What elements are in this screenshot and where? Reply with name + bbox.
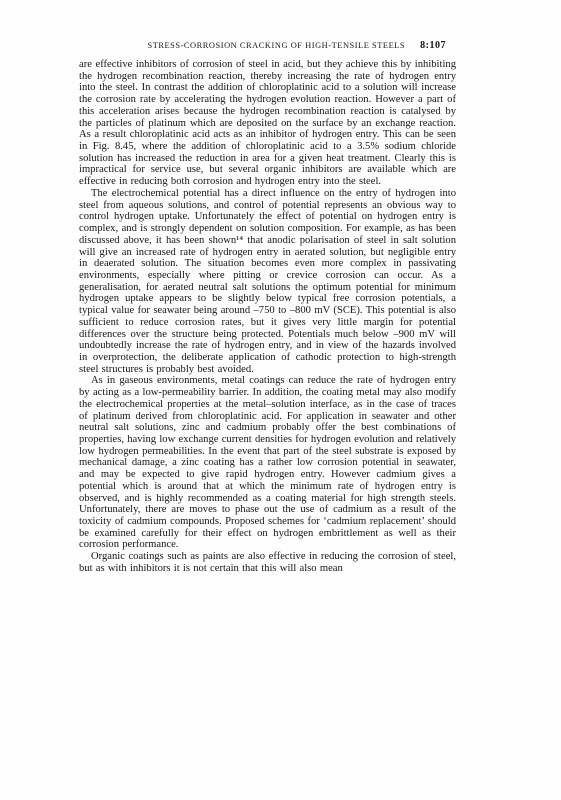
body-text: are effective inhibitors of corrosion of… bbox=[79, 59, 456, 575]
paragraph: are effective inhibitors of corrosion of… bbox=[79, 59, 456, 188]
running-head: STRESS-CORROSION CRACKING OF HIGH-TENSIL… bbox=[147, 41, 405, 50]
book-page: STRESS-CORROSION CRACKING OF HIGH-TENSIL… bbox=[0, 0, 561, 800]
text-column: STRESS-CORROSION CRACKING OF HIGH-TENSIL… bbox=[79, 40, 456, 575]
paragraph: The electrochemical potential has a dire… bbox=[79, 188, 456, 376]
page-header: STRESS-CORROSION CRACKING OF HIGH-TENSIL… bbox=[79, 40, 456, 51]
page-number: 8:107 bbox=[420, 40, 446, 51]
paragraph: Organic coatings such as paints are also… bbox=[79, 551, 456, 574]
paragraph: As in gaseous environments, metal coatin… bbox=[79, 375, 456, 551]
